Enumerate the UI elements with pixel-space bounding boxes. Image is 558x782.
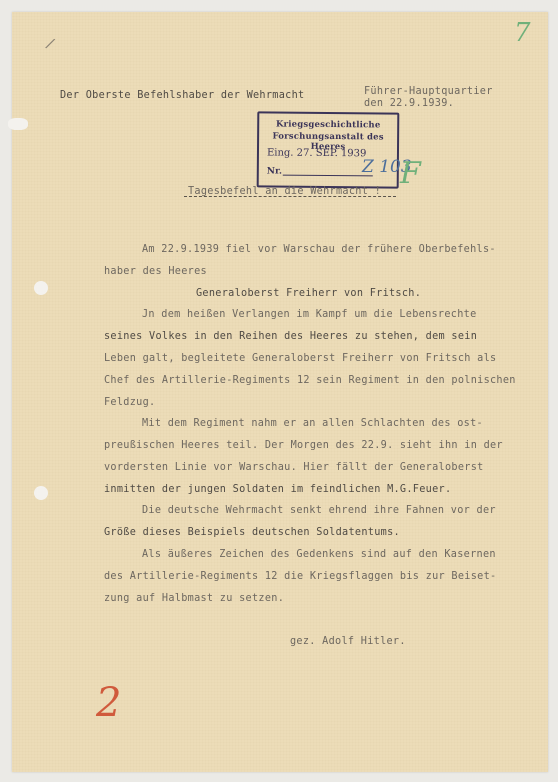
body-line: des Artillerie-Regiments 12 die Kriegsfl… [104,571,496,582]
stamp-number-label: Nr. [267,166,282,176]
place-line: Führer-Hauptquartier [364,86,493,97]
body-line: Jn dem heißen Verlangen im Kampf um die … [142,309,477,320]
body-line: Mit dem Regiment nahm er an allen Schlac… [142,418,483,429]
stamp-number-line [283,175,373,177]
body-line: Feldzug. [104,397,155,408]
body-line: Am 22.9.1939 fiel vor Warschau der frühe… [142,244,496,255]
body-line: Größe dieses Beispiels deutschen Soldate… [104,527,400,538]
body-line: zung auf Halbmast zu setzen. [104,593,284,604]
body-line: vordersten Linie vor Warschau. Hier fäll… [104,462,484,473]
sender-line: Der Oberste Befehlshaber der Wehrmacht [60,90,304,101]
body-line: Generaloberst Freiherr von Fritsch. [196,288,421,299]
punch-hole [34,486,48,500]
body-line: preußischen Heeres teil. Der Morgen des … [104,440,503,451]
signature-line: gez. Adolf Hitler. [290,636,406,647]
green-annotation: 7 [514,18,531,48]
archive-received-stamp: Kriegsgeschichtliche Forschungsanstalt d… [257,111,400,188]
body-line: Als äußeres Zeichen des Gedenkens sind a… [142,549,496,560]
body-line: seines Volkes in den Reihen des Heeres z… [104,331,477,342]
body-line: Die deutsche Wehrmacht senkt ehrend ihre… [142,505,496,516]
green-initial: F [400,156,421,191]
body-line: haber des Heeres [104,266,207,277]
punch-hole [34,281,48,295]
body-line: Leben galt, begleitete Generaloberst Fre… [104,353,496,364]
paper-tear [8,118,28,130]
title-underline [184,196,396,197]
stamp-line-1: Kriegsgeschichtliche [259,119,397,130]
body-line: Chef des Artillerie-Regiments 12 sein Re… [104,375,516,386]
stamp-received-date: Eing. 27. SEP. 1939 [267,147,367,159]
body-line: inmitten der jungen Soldaten im feindlic… [104,484,451,495]
date-line: den 22.9.1939. [364,98,454,109]
red-page-number: 2 [96,680,121,726]
